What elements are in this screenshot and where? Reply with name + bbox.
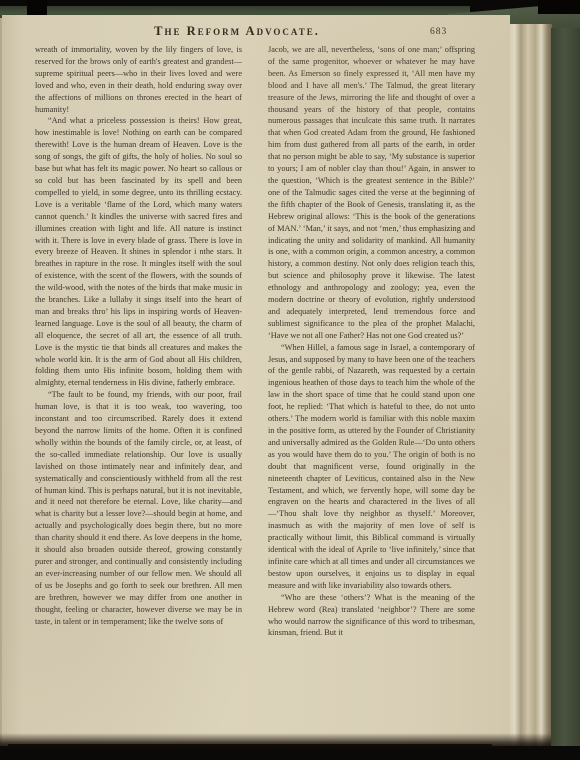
page-number: 683	[430, 27, 447, 37]
book-cover-right-edge	[551, 28, 580, 746]
scanned-book-photo: The Reform Advocate. 683 wreath of immor…	[0, 0, 580, 760]
paragraph: “When Hillel, a famous sage in Israel, a…	[268, 342, 475, 592]
paragraph: wreath of immortality, woven by the lily…	[35, 44, 242, 115]
background-corner	[538, 0, 580, 14]
paragraph: “Who are these ‘others’? What is the mea…	[268, 592, 475, 640]
paragraph: “The fault to be found, my friends, with…	[35, 389, 242, 627]
book-page: The Reform Advocate. 683 wreath of immor…	[2, 15, 510, 744]
paragraph: Jacob, we are all, nevertheless, ‘sons o…	[268, 44, 475, 342]
left-column: wreath of immortality, woven by the lily…	[35, 44, 242, 726]
text-columns: wreath of immortality, woven by the lily…	[35, 44, 475, 726]
page-header-title: The Reform Advocate.	[154, 24, 320, 39]
right-column: Jacob, we are all, nevertheless, ‘sons o…	[268, 44, 475, 726]
page-bottom-shadow	[0, 733, 551, 749]
paragraph: “And what a priceless possession is thei…	[35, 115, 242, 389]
